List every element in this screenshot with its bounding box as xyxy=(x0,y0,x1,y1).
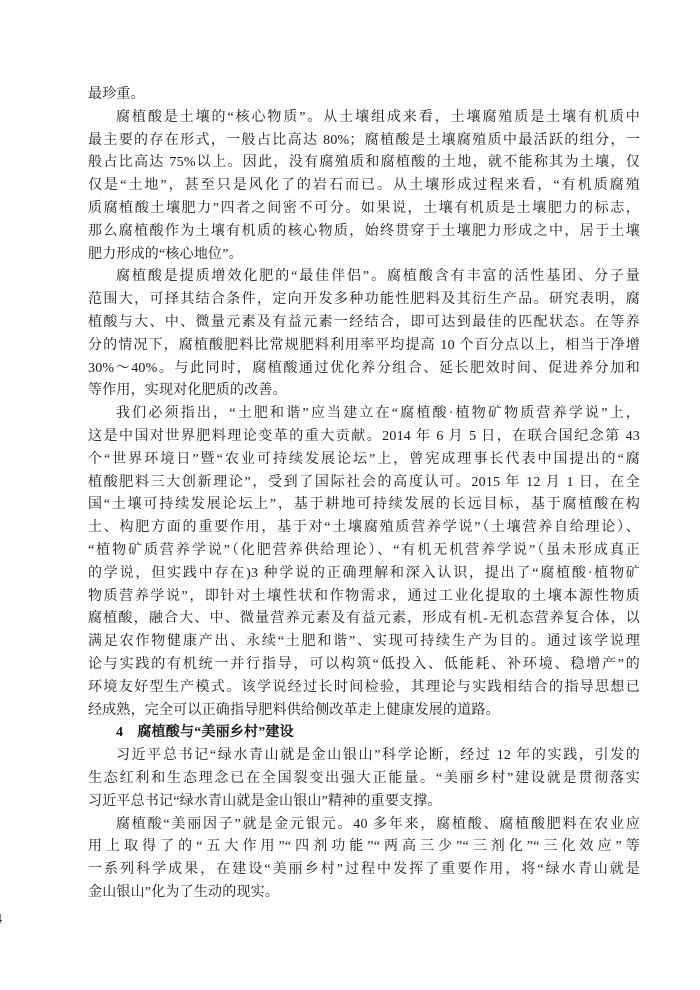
text-line: 腐植酸是提质增效化肥的“最佳伴侣”。腐植酸含有丰富的活性基团、分子量 xyxy=(88,266,640,289)
text-line: 最主要的存在形式，一般占比高达 80%；腐植酸是土壤腐殖质中最活跃的组分，一 xyxy=(88,130,640,153)
text-line: 范围大，可择其结合条件，定向开发多种功能性肥料及其衍生产品。研究表明，腐 xyxy=(88,289,640,312)
text-line: 等作用，实现对化肥质的改善。 xyxy=(88,380,640,403)
document-page: 最珍重。 腐植酸是土壤的“核心物质”。从土壤组成来看，土壤腐殖质是土壤有机质中 … xyxy=(0,0,700,990)
text-line: 论与实践的有机统一并行指导，可以构筑“低投入、低能耗、补环境、稳增产”的 xyxy=(88,654,640,677)
text-line: 般占比高达 75%以上。因此，没有腐殖质和腐植酸的土地，就不能称其为土壤，仅 xyxy=(88,152,640,175)
text-line: 满足农作物健康产出、永续“土肥和谐”、实现可持续生产为目的。通过该学说理 xyxy=(88,631,640,654)
text-line: 质腐植酸土壤肥力”四者之间密不可分。如果说，土壤有机质是土壤肥力的标志， xyxy=(88,198,640,221)
text-line: 生态红利和生态理念已在全国裂变出强大正能量。“美丽乡村”建设就是贯彻落实 xyxy=(88,768,640,791)
text-line: 一系列科学成果，在建设“美丽乡村”过程中发挥了重要作用，将“绿水青山就是 xyxy=(88,859,640,882)
text-line: 我们必须指出，“土肥和谐”应当建立在“腐植酸·植物矿物质营养学说”上， xyxy=(88,403,640,426)
text-line: 习近平总书记“绿水青山就是金山银山”科学论断，经过 12 年的实践，引发的 xyxy=(88,745,640,768)
text-line: 土、构肥方面的重要作用，基于对“土壤腐殖质营养学说”（土壤营养自给理论）、 xyxy=(88,517,640,540)
text-line: 仅是“土地”，甚至只是风化了的岩石而已。从土壤形成过程来看，“有机质腐殖 xyxy=(88,175,640,198)
text-line: 肥力形成的“核心地位”。 xyxy=(88,244,640,267)
text-line: 物质营养学说”，即针对土壤性状和作物需求，通过工业化提取的土壤本源性物质 xyxy=(88,586,640,609)
text-line: 那么腐植酸作为土壤有机质的核心物质，始终贯穿于土壤肥力形成之中，居于土壤 xyxy=(88,221,640,244)
text-line: 国“土壤可持续发展论坛上”，基于耕地可持续发展的长远目标，基于腐植酸在构 xyxy=(88,494,640,517)
text-line: 经成熟，完全可以正确指导肥料供给侧改革走上健康发展的道路。 xyxy=(88,700,640,723)
text-line: 植酸与大、中、微量元素及有益元素一经结合，即可达到最佳的匹配状态。在等养 xyxy=(88,312,640,335)
text-line: 这是中国对世界肥料理论变革的重大贡献。2014 年 6 月 5 日，在联合国纪念… xyxy=(88,426,640,449)
text-line: 分的情况下，腐植酸肥料比常规肥料利用率平均提高 10 个百分点以上，相当于净增 xyxy=(88,335,640,358)
text-line: 最珍重。 xyxy=(88,84,640,107)
section-heading: 4 腐植酸与“美丽乡村”建设 xyxy=(88,722,640,745)
text-block: 最珍重。 腐植酸是土壤的“核心物质”。从土壤组成来看，土壤腐殖质是土壤有机质中 … xyxy=(88,84,640,905)
text-line: 30%～40%。与此同时，腐植酸通过优化养分组合、延长肥效时间、促进养分加和 xyxy=(88,358,640,381)
text-line: 习近平总书记“绿水青山就是金山银山”精神的重要支撑。 xyxy=(88,791,640,814)
text-line: 植酸肥料三大创新理论”，受到了国际社会的高度认可。2015 年 12 月 1 日… xyxy=(88,472,640,495)
page-number: 4 xyxy=(0,910,2,930)
text-line: 金山银山”化为了生动的现实。 xyxy=(88,882,640,905)
text-line: 腐植酸，融合大、中、微量营养元素及有益元素，形成有机-无机态营养复合体，以 xyxy=(88,608,640,631)
text-line: 的学说，但实践中存在)3 种学说的正确理解和深入认识，提出了“腐植酸·植物矿 xyxy=(88,563,640,586)
text-line: 个“世界环境日”暨“农业可持续发展论坛”上，曾宪成理事长代表中国提出的“腐 xyxy=(88,449,640,472)
text-line: 环境友好型生产模式。该学说经过长时间检验，其理论与实践相结合的指导思想已 xyxy=(88,677,640,700)
text-line: 腐植酸“美丽因子”就是金元银元。40 多年来，腐植酸、腐植酸肥料在农业应 xyxy=(88,814,640,837)
text-line: 用上取得了的“五大作用”“四剂功能”“两高三少”“三剂化”“三化效应”等 xyxy=(88,836,640,859)
text-line: “植物矿质营养学说”（化肥营养供给理论）、“有机无机营养学说”（虽未形成真正 xyxy=(88,540,640,563)
text-line: 腐植酸是土壤的“核心物质”。从土壤组成来看，土壤腐殖质是土壤有机质中 xyxy=(88,107,640,130)
